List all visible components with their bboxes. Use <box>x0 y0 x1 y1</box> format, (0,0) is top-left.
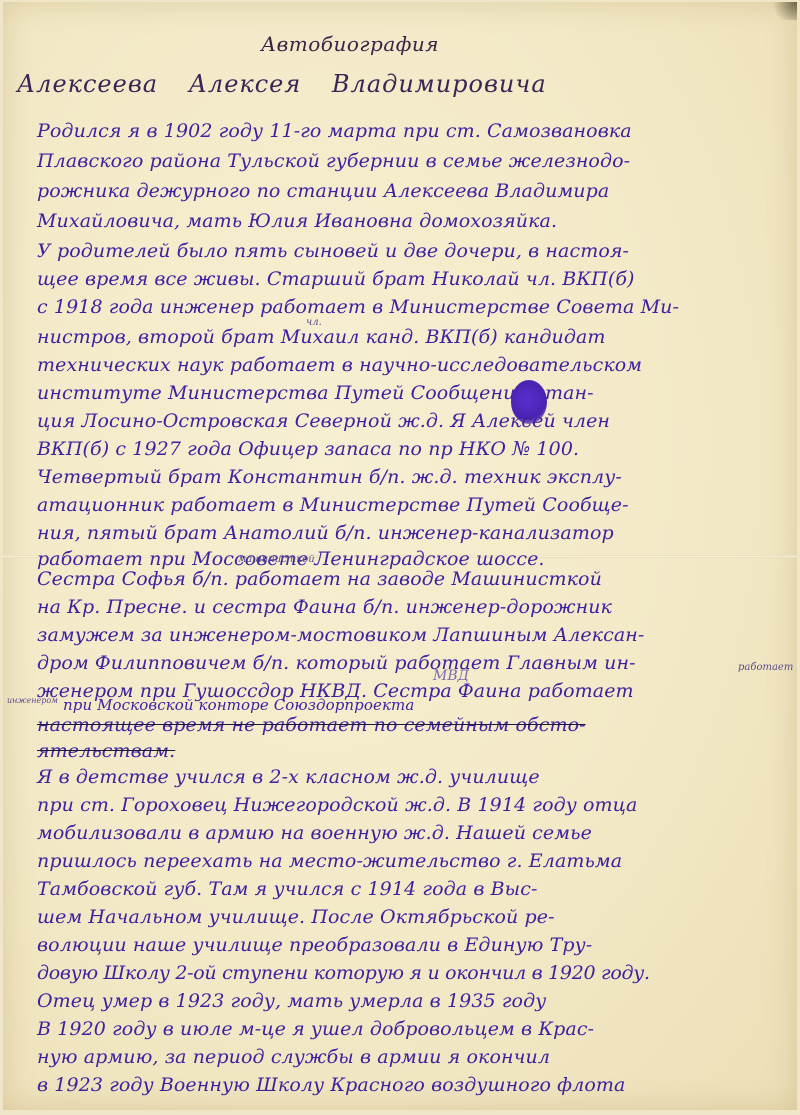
text-line: при ст. Гороховец Нижегородской ж.д. В 1… <box>37 794 787 816</box>
text-line: Тамбовской губ. Там я учился с 1914 года… <box>37 878 787 900</box>
text-line: на Кр. Пресне. и сестра Фаина б/п. инжен… <box>37 596 787 618</box>
text-line-struck: ятельствам. <box>37 740 787 762</box>
text-line: В 1920 году в июле м-це я ушел доброволь… <box>37 1018 787 1040</box>
text-line: работает при Моссовете Ленинградское шос… <box>37 548 787 570</box>
text-line: замужем за инженером-мостовиком Лапшиным… <box>37 624 787 646</box>
text-line-struck: настоящее время не работает по семейным … <box>37 714 787 736</box>
text-line: щее время все живы. Старший брат Николай… <box>37 268 787 290</box>
corner-stain <box>767 2 797 20</box>
text-line: шем Начальном училище. После Октябрьской… <box>37 906 787 928</box>
text-line: Четвертый брат Константин б/п. ж.д. техн… <box>37 466 787 488</box>
text-line: Отец умер в 1923 году, мать умерла в 193… <box>37 990 787 1012</box>
text-line: Я в детстве учился в 2-х класном ж.д. уч… <box>37 766 787 788</box>
insertion-note: машинисткой <box>238 554 315 565</box>
text-line: ния, пятый брат Анатолий б/п. инженер-ка… <box>37 522 787 544</box>
insertion-note: работает <box>738 662 793 673</box>
text-line: Плавского района Тульской губернии в сем… <box>37 150 787 172</box>
text-line-inserted: при Московской конторе Союздорпроекта <box>63 696 797 714</box>
text-line: пришлось переехать на место-жительство г… <box>37 850 787 872</box>
text-line: У родителей было пять сыновей и две доче… <box>37 240 787 262</box>
text-line: технических наук работает в научно-иссле… <box>37 354 787 376</box>
text-line: ВКП(б) с 1927 года Офицер запаса по пр Н… <box>37 438 787 460</box>
text-line: Сестра Софья б/п. работает на заводе Маш… <box>37 568 787 590</box>
text-line: ция Лосино-Островская Северной ж.д. Я Ал… <box>37 410 787 432</box>
text-line: с 1918 года инженер работает в Министерс… <box>37 296 787 318</box>
text-line: мобилизовали в армию на военную ж.д. Наш… <box>37 822 787 844</box>
text-line: атационник работает в Министерстве Путей… <box>37 494 787 516</box>
text-line: институте Министерства Путей Сообщения с… <box>37 382 787 404</box>
text-line: Родился я в 1902 году 11-го марта при ст… <box>37 120 787 142</box>
text-line: в 1923 году Военную Школу Красного возду… <box>37 1074 787 1096</box>
margin-note: инженером <box>7 696 58 705</box>
document-page: Автобиография Алексеева Алексея Владимир… <box>3 2 797 1110</box>
document-title: Автобиография <box>261 32 439 56</box>
text-line: дром Филипповичем б/п. который работает … <box>37 652 787 674</box>
subject-name: Алексеева Алексея Владимировича <box>17 70 547 98</box>
text-line: рожника дежурного по станции Алексеева В… <box>37 180 787 202</box>
text-line: довую Школу 2-ой ступени которую я и око… <box>37 962 787 984</box>
text-line: ную армию, за период службы в армии я ок… <box>37 1046 787 1068</box>
text-line: Михайловича, мать Юлия Ивановна домохозя… <box>37 210 787 232</box>
text-line: нистров, второй брат Михаил канд. ВКП(б)… <box>37 326 787 348</box>
text-line: волюции наше училище преобразовали в Еди… <box>37 934 787 956</box>
